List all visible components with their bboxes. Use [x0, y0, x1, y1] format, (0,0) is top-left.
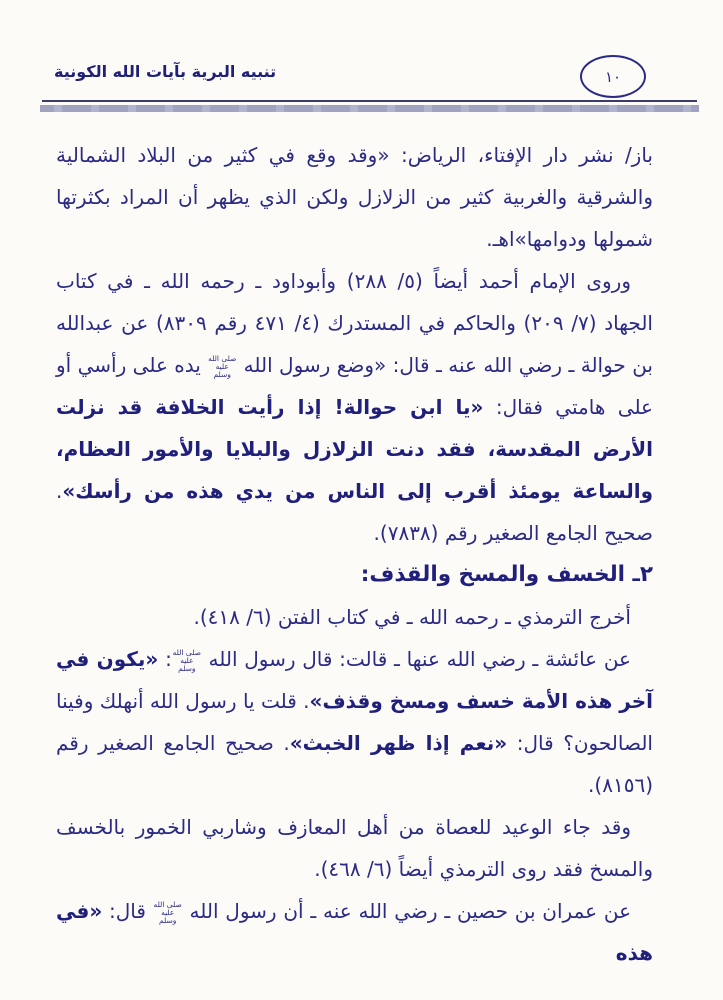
- paragraph-continuation: باز/ نشر دار الإفتاء، الرياض: «وقد وقع ف…: [56, 134, 653, 260]
- body-text-run: ٢ـ الخسف والمسخ والقذف:: [361, 562, 653, 587]
- book-title: تنبيه البرية بآيات الله الكونية: [54, 62, 276, 81]
- prophet-honorific-mark: صلى الله عليه وسلم: [172, 649, 202, 673]
- page-number: ١٠: [605, 68, 621, 86]
- paragraph-hadith-aisha: عن عائشة ـ رضي الله عنها ـ قالت: قال رسو…: [56, 638, 653, 806]
- book-page: ١٠ تنبيه البرية بآيات الله الكونية باز/ …: [0, 0, 723, 1000]
- body-text-run: باز/ نشر دار الإفتاء، الرياض: «وقد وقع ف…: [56, 143, 653, 251]
- header-rule-thick: [40, 105, 699, 112]
- prophet-honorific-mark: صلى الله عليه وسلم: [153, 901, 183, 925]
- header-rule-thin: [42, 100, 697, 102]
- paragraph-hadith-imran: عن عمران بن حصين ـ رضي الله عنه ـ أن رسو…: [56, 890, 653, 974]
- paragraph-tirmidhi-source: أخرج الترمذي ـ رحمه الله ـ في كتاب الفتن…: [56, 596, 653, 638]
- body-text-run: عن عمران بن حصين ـ رضي الله عنه ـ أن رسو…: [183, 899, 631, 923]
- bold-hadith-run: «نعم إذا ظهر الخبث»: [290, 731, 507, 755]
- body-text-run: عن عائشة ـ رضي الله عنها ـ قالت: قال رسو…: [202, 647, 631, 671]
- prophet-honorific-mark: صلى الله عليه وسلم: [207, 355, 237, 379]
- page-body: باز/ نشر دار الإفتاء، الرياض: «وقد وقع ف…: [56, 134, 653, 974]
- section-heading-2: ٢ـ الخسف والمسخ والقذف:: [56, 554, 653, 596]
- body-text-run: :: [158, 647, 171, 671]
- paragraph-hadith-ibn-hawala: وروى الإمام أحمد أيضاً (٥/ ٢٨٨) وأبوداود…: [56, 260, 653, 554]
- body-text-run: قال:: [102, 899, 152, 923]
- page-number-badge: ١٠: [580, 55, 646, 98]
- paragraph-warning-musicians: وقد جاء الوعيد للعصاة من أهل المعازف وشا…: [56, 806, 653, 890]
- body-text-run: أخرج الترمذي ـ رحمه الله ـ في كتاب الفتن…: [194, 605, 632, 629]
- body-text-run: وقد جاء الوعيد للعصاة من أهل المعازف وشا…: [56, 815, 653, 881]
